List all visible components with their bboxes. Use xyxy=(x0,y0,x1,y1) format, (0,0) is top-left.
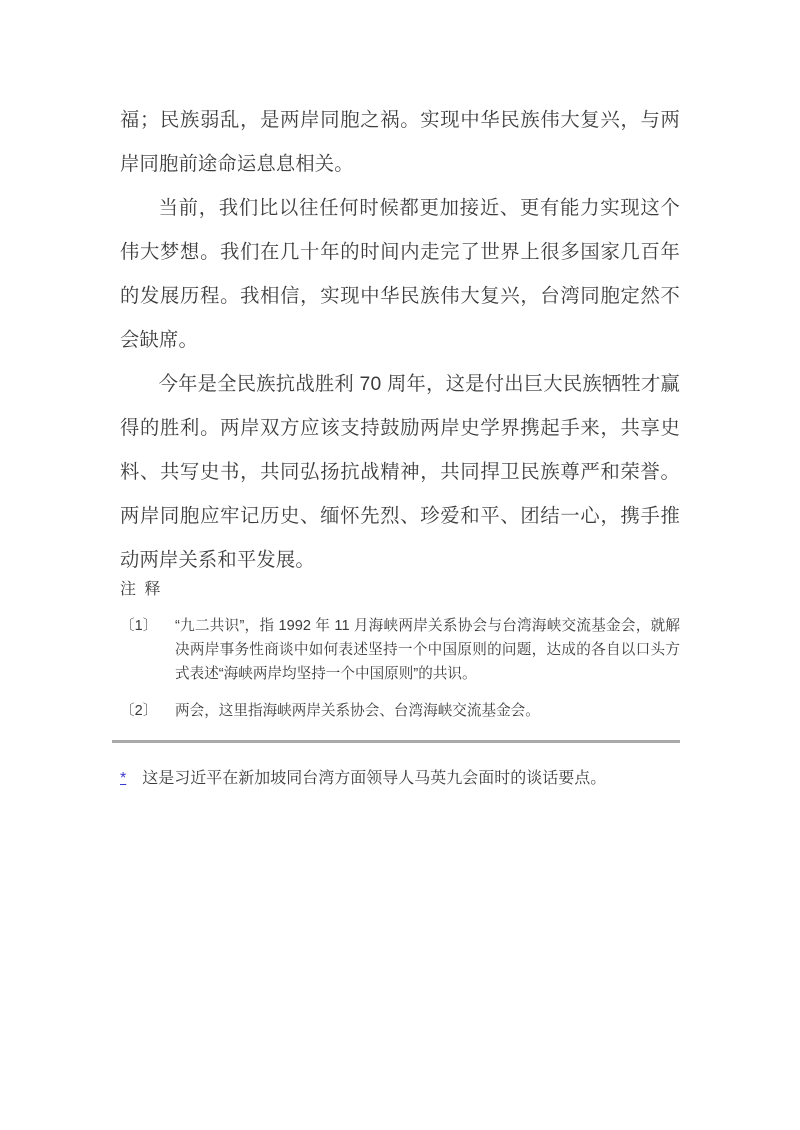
section-divider xyxy=(112,740,680,743)
footnote-text-1: “九二共识”，指 1992 年 11 月海峡两岸关系协会与台湾海峡交流基金会，就… xyxy=(175,614,680,686)
footnote-item-1: 〔1〕 “九二共识”，指 1992 年 11 月海峡两岸关系协会与台湾海峡交流基… xyxy=(120,614,680,686)
document-page: 福；民族弱乱，是两岸同胞之祸。实现中华民族伟大复兴，与两岸同胞前途命运息息相关。… xyxy=(0,0,800,792)
footnote-item-2: 〔2〕 两会，这里指海峡两岸关系协会、台湾海峡交流基金会。 xyxy=(120,699,680,723)
body-text-block: 福；民族弱乱，是两岸同胞之祸。实现中华民族伟大复兴，与两岸同胞前途命运息息相关。… xyxy=(120,99,680,583)
footer-note: * 这是习近平在新加坡同台湾方面领导人马英九会面时的谈话要点。 xyxy=(120,766,680,792)
body-paragraph-2: 当前，我们比以往任何时候都更加接近、更有能力实现这个伟大梦想。我们在几十年的时间… xyxy=(120,187,680,363)
footnote-text-2: 两会，这里指海峡两岸关系协会、台湾海峡交流基金会。 xyxy=(175,699,680,723)
footnote-marker-2: 〔2〕 xyxy=(120,699,175,723)
body-paragraph-1: 福；民族弱乱，是两岸同胞之祸。实现中华民族伟大复兴，与两岸同胞前途命运息息相关。 xyxy=(120,99,680,187)
footnote-asterisk-link[interactable]: * xyxy=(120,766,126,792)
body-paragraph-3: 今年是全民族抗战胜利 70 周年，这是付出巨大民族牺牲才赢得的胜利。两岸双方应该… xyxy=(120,363,680,583)
footer-note-text: 这是习近平在新加坡同台湾方面领导人马英九会面时的谈话要点。 xyxy=(142,766,680,792)
footnote-marker-1: 〔1〕 xyxy=(120,614,175,638)
